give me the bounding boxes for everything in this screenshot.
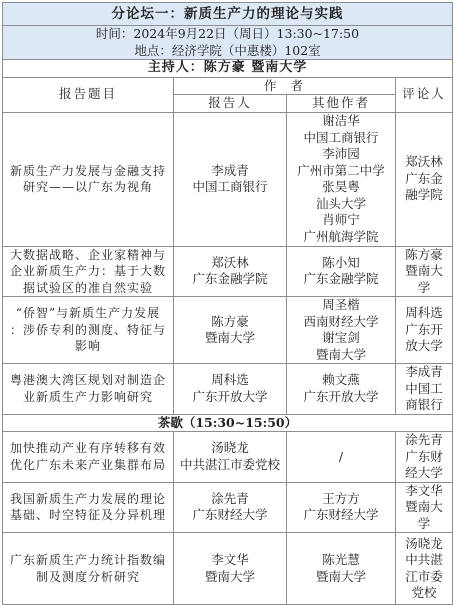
coauthors: 周圣楷西南财经大学谢宝剑暨南大学 <box>287 297 396 364</box>
presenter-line: 涂先青 <box>176 491 284 508</box>
topic-line: 据试验区的准自然实验 <box>5 280 171 297</box>
discussant-line: 学 <box>398 516 450 533</box>
discussant-line: 党校 <box>398 585 450 599</box>
presenter-line: 李文华 <box>176 552 284 569</box>
discussant: 周科选广东开放大学 <box>396 297 453 364</box>
time-place-cell: 时间：2024年9月22日（周日）13:30~17:50 地点：经济学院（中惠楼… <box>3 26 453 60</box>
report-topic: 新质生产力发展与金融支持研究——以广东为视角 <box>3 112 174 246</box>
topic-line: 业新质生产力影响研究 <box>5 389 171 406</box>
event-place: 地点：经济学院（中惠楼）102室 <box>5 43 450 60</box>
topic-line: 我国新质生产力发展的理论 <box>5 491 171 508</box>
sessions-after-break: 加快推动产业有序转移有效优化广东未来产业集群布局 汤晓龙中共湛江市委党校 / 涂… <box>3 432 453 600</box>
coauthors-line: 广东财经大学 <box>289 507 393 524</box>
column-header-discussant: 评论人 <box>396 77 453 112</box>
report-topic: 加快推动产业有序转移有效优化广东未来产业集群布局 <box>3 432 174 483</box>
discussant-line: 融学院 <box>398 187 450 204</box>
presenter: 涂先青广东财经大学 <box>174 482 287 533</box>
discussant-line: 广东财 <box>398 449 450 466</box>
discussant-line: 中国工 <box>398 381 450 398</box>
table-row: 粤港澳大湾区规划对制造企业新质生产力影响研究 周科选广东开放大学 赖文燕广东开放… <box>3 364 453 415</box>
presenter-line: 郑沃林 <box>176 255 284 272</box>
coauthors-line: 西南财经大学 <box>289 314 393 331</box>
discussant-line: 李文华 <box>398 483 450 500</box>
table-row: 广东新质生产力统计指数编制及测度分析研究 李文华暨南大学 陈光慧暨南大学 汤晓龙… <box>3 533 453 600</box>
coauthors-line: 谢洁华 <box>289 113 393 130</box>
topic-line: 大数据战略、企业家精神与 <box>5 247 171 264</box>
table-row: 我国新质生产力发展的理论基础、时空特征及分异机理 涂先青广东财经大学 王方方广东… <box>3 482 453 533</box>
discussant: 郑沃林广东金融学院 <box>396 112 453 246</box>
presenter: 汤晓龙中共湛江市委党校 <box>174 432 287 483</box>
topic-line: 影响 <box>5 338 171 355</box>
coauthors-line: / <box>289 449 393 466</box>
coauthors-line: 王方方 <box>289 491 393 508</box>
topic-line: 广东新质生产力统计指数编 <box>5 552 171 569</box>
presenter-line: 汤晓龙 <box>176 440 284 457</box>
report-topic: 我国新质生产力发展的理论基础、时空特征及分异机理 <box>3 482 174 533</box>
coauthors-line: 陈光慧 <box>289 552 393 569</box>
topic-line: 粤港澳大湾区规划对制造企 <box>5 372 171 389</box>
coauthors-line: 汕头大学 <box>289 196 393 213</box>
topic-line: 制及测度分析研究 <box>5 569 171 586</box>
topic-line: 研究——以广东为视角 <box>5 179 171 196</box>
coauthors: 谢洁华中国工商银行李沛园广州市第二中学张昊粤汕头大学肖师宁广州航海学院 <box>287 112 396 246</box>
presenter-line: 广东金融学院 <box>176 271 284 288</box>
presenter: 陈方豪暨南大学 <box>174 297 287 364</box>
discussant-line: 商银行 <box>398 397 450 414</box>
presenter-line: 广东财经大学 <box>176 507 284 524</box>
coauthors: / <box>287 432 396 483</box>
presenter-line: 李成青 <box>176 163 284 180</box>
presenter-line: 中共湛江市委党校 <box>176 457 284 474</box>
coauthors: 陈光慧暨南大学 <box>287 533 396 600</box>
discussant: 李成青中国工商银行 <box>396 364 453 415</box>
discussant-line: 李成青 <box>398 364 450 381</box>
discussant-line: 汤晓龙 <box>398 536 450 553</box>
coauthors-line: 中国工商银行 <box>289 130 393 147</box>
coauthors-line: 暨南大学 <box>289 347 393 364</box>
forum-schedule-table: 分论坛一：新质生产力的理论与实践 时间：2024年9月22日（周日）13:30~… <box>2 2 453 599</box>
discussant-line: 郑沃林 <box>398 154 450 171</box>
coauthors-line: 赖文燕 <box>289 372 393 389</box>
discussant-line: 放大学 <box>398 338 450 355</box>
presenter-line: 暨南大学 <box>176 330 284 347</box>
coauthors-line: 张昊粤 <box>289 179 393 196</box>
coauthors-line: 广东开放大学 <box>289 389 393 406</box>
report-topic: 粤港澳大湾区规划对制造企业新质生产力影响研究 <box>3 364 174 415</box>
topic-line: ：涉侨专利的测度、特征与 <box>5 322 171 339</box>
presenter: 郑沃林广东金融学院 <box>174 246 287 297</box>
column-header-topic: 报告题目 <box>3 77 174 112</box>
presenter: 李成青中国工商银行 <box>174 112 287 246</box>
coauthors-line: 李沛园 <box>289 146 393 163</box>
discussant-line: 中共湛 <box>398 552 450 569</box>
tea-break-row: 茶歇（15:30~15:50） <box>3 414 453 432</box>
coauthors-line: 陈小知 <box>289 255 393 272</box>
presenter-line: 周科选 <box>176 372 284 389</box>
topic-line: “侨智”与新质生产力发展 <box>5 305 171 322</box>
presenter-line: 暨南大学 <box>176 569 284 586</box>
discussant-line: 陈方豪 <box>398 247 450 264</box>
coauthors-line: 广州市第二中学 <box>289 163 393 180</box>
event-time: 时间：2024年9月22日（周日）13:30~17:50 <box>5 26 450 43</box>
discussant: 陈方豪暨南大学 <box>396 246 453 297</box>
discussant-line: 暨南大 <box>398 499 450 516</box>
report-topic: 大数据战略、企业家精神与企业新质生产力：基于大数据试验区的准自然实验 <box>3 246 174 297</box>
coauthors-line: 周圣楷 <box>289 297 393 314</box>
topic-line: 基础、时空特征及分异机理 <box>5 507 171 524</box>
discussant: 涂先青广东财经大学 <box>396 432 453 483</box>
presenter: 李文华暨南大学 <box>174 533 287 600</box>
coauthors-line: 广州航海学院 <box>289 229 393 246</box>
table-row: 大数据战略、企业家精神与企业新质生产力：基于大数据试验区的准自然实验 郑沃林广东… <box>3 246 453 297</box>
table-row: 新质生产力发展与金融支持研究——以广东为视角 李成青中国工商银行 谢洁华中国工商… <box>3 112 453 246</box>
discussant-line: 暨南大 <box>398 263 450 280</box>
topic-line: 优化广东未来产业集群布局 <box>5 457 171 474</box>
coauthors-line: 谢宝剑 <box>289 330 393 347</box>
coauthors-line: 肖师宁 <box>289 212 393 229</box>
coauthors: 陈小知广东金融学院 <box>287 246 396 297</box>
column-header-coauthors: 其他作者 <box>287 95 396 113</box>
coauthors-line: 广东金融学院 <box>289 271 393 288</box>
report-topic: “侨智”与新质生产力发展：涉侨专利的测度、特征与影响 <box>3 297 174 364</box>
report-topic: 广东新质生产力统计指数编制及测度分析研究 <box>3 533 174 600</box>
presenter: 周科选广东开放大学 <box>174 364 287 415</box>
column-header-authors: 作 者 <box>174 77 396 95</box>
discussant-line: 广东开 <box>398 322 450 339</box>
discussant-line: 经大学 <box>398 465 450 482</box>
topic-line: 新质生产力发展与金融支持 <box>5 163 171 180</box>
presenter-line: 中国工商银行 <box>176 179 284 196</box>
topic-line: 加快推动产业有序转移有效 <box>5 440 171 457</box>
coauthors: 王方方广东财经大学 <box>287 482 396 533</box>
discussant-line: 涂先青 <box>398 432 450 449</box>
discussant-line: 广东金 <box>398 171 450 188</box>
coauthors: 赖文燕广东开放大学 <box>287 364 396 415</box>
table-row: 加快推动产业有序转移有效优化广东未来产业集群布局 汤晓龙中共湛江市委党校 / 涂… <box>3 432 453 483</box>
discussant-line: 江市委 <box>398 569 450 586</box>
host-line: 主持人：陈方豪 暨南大学 <box>3 60 453 78</box>
table-row: “侨智”与新质生产力发展：涉侨专利的测度、特征与影响 陈方豪暨南大学 周圣楷西南… <box>3 297 453 364</box>
coauthors-line: 暨南大学 <box>289 569 393 586</box>
discussant: 汤晓龙中共湛江市委党校 <box>396 533 453 600</box>
presenter-line: 陈方豪 <box>176 314 284 331</box>
forum-title: 分论坛一：新质生产力的理论与实践 <box>3 3 453 26</box>
discussant: 李文华暨南大学 <box>396 482 453 533</box>
topic-line: 企业新质生产力：基于大数 <box>5 263 171 280</box>
discussant-line: 学 <box>398 280 450 297</box>
discussant-line: 周科选 <box>398 305 450 322</box>
column-header-presenter: 报告人 <box>174 95 287 113</box>
sessions-before-break: 新质生产力发展与金融支持研究——以广东为视角 李成青中国工商银行 谢洁华中国工商… <box>3 112 453 414</box>
presenter-line: 广东开放大学 <box>176 389 284 406</box>
